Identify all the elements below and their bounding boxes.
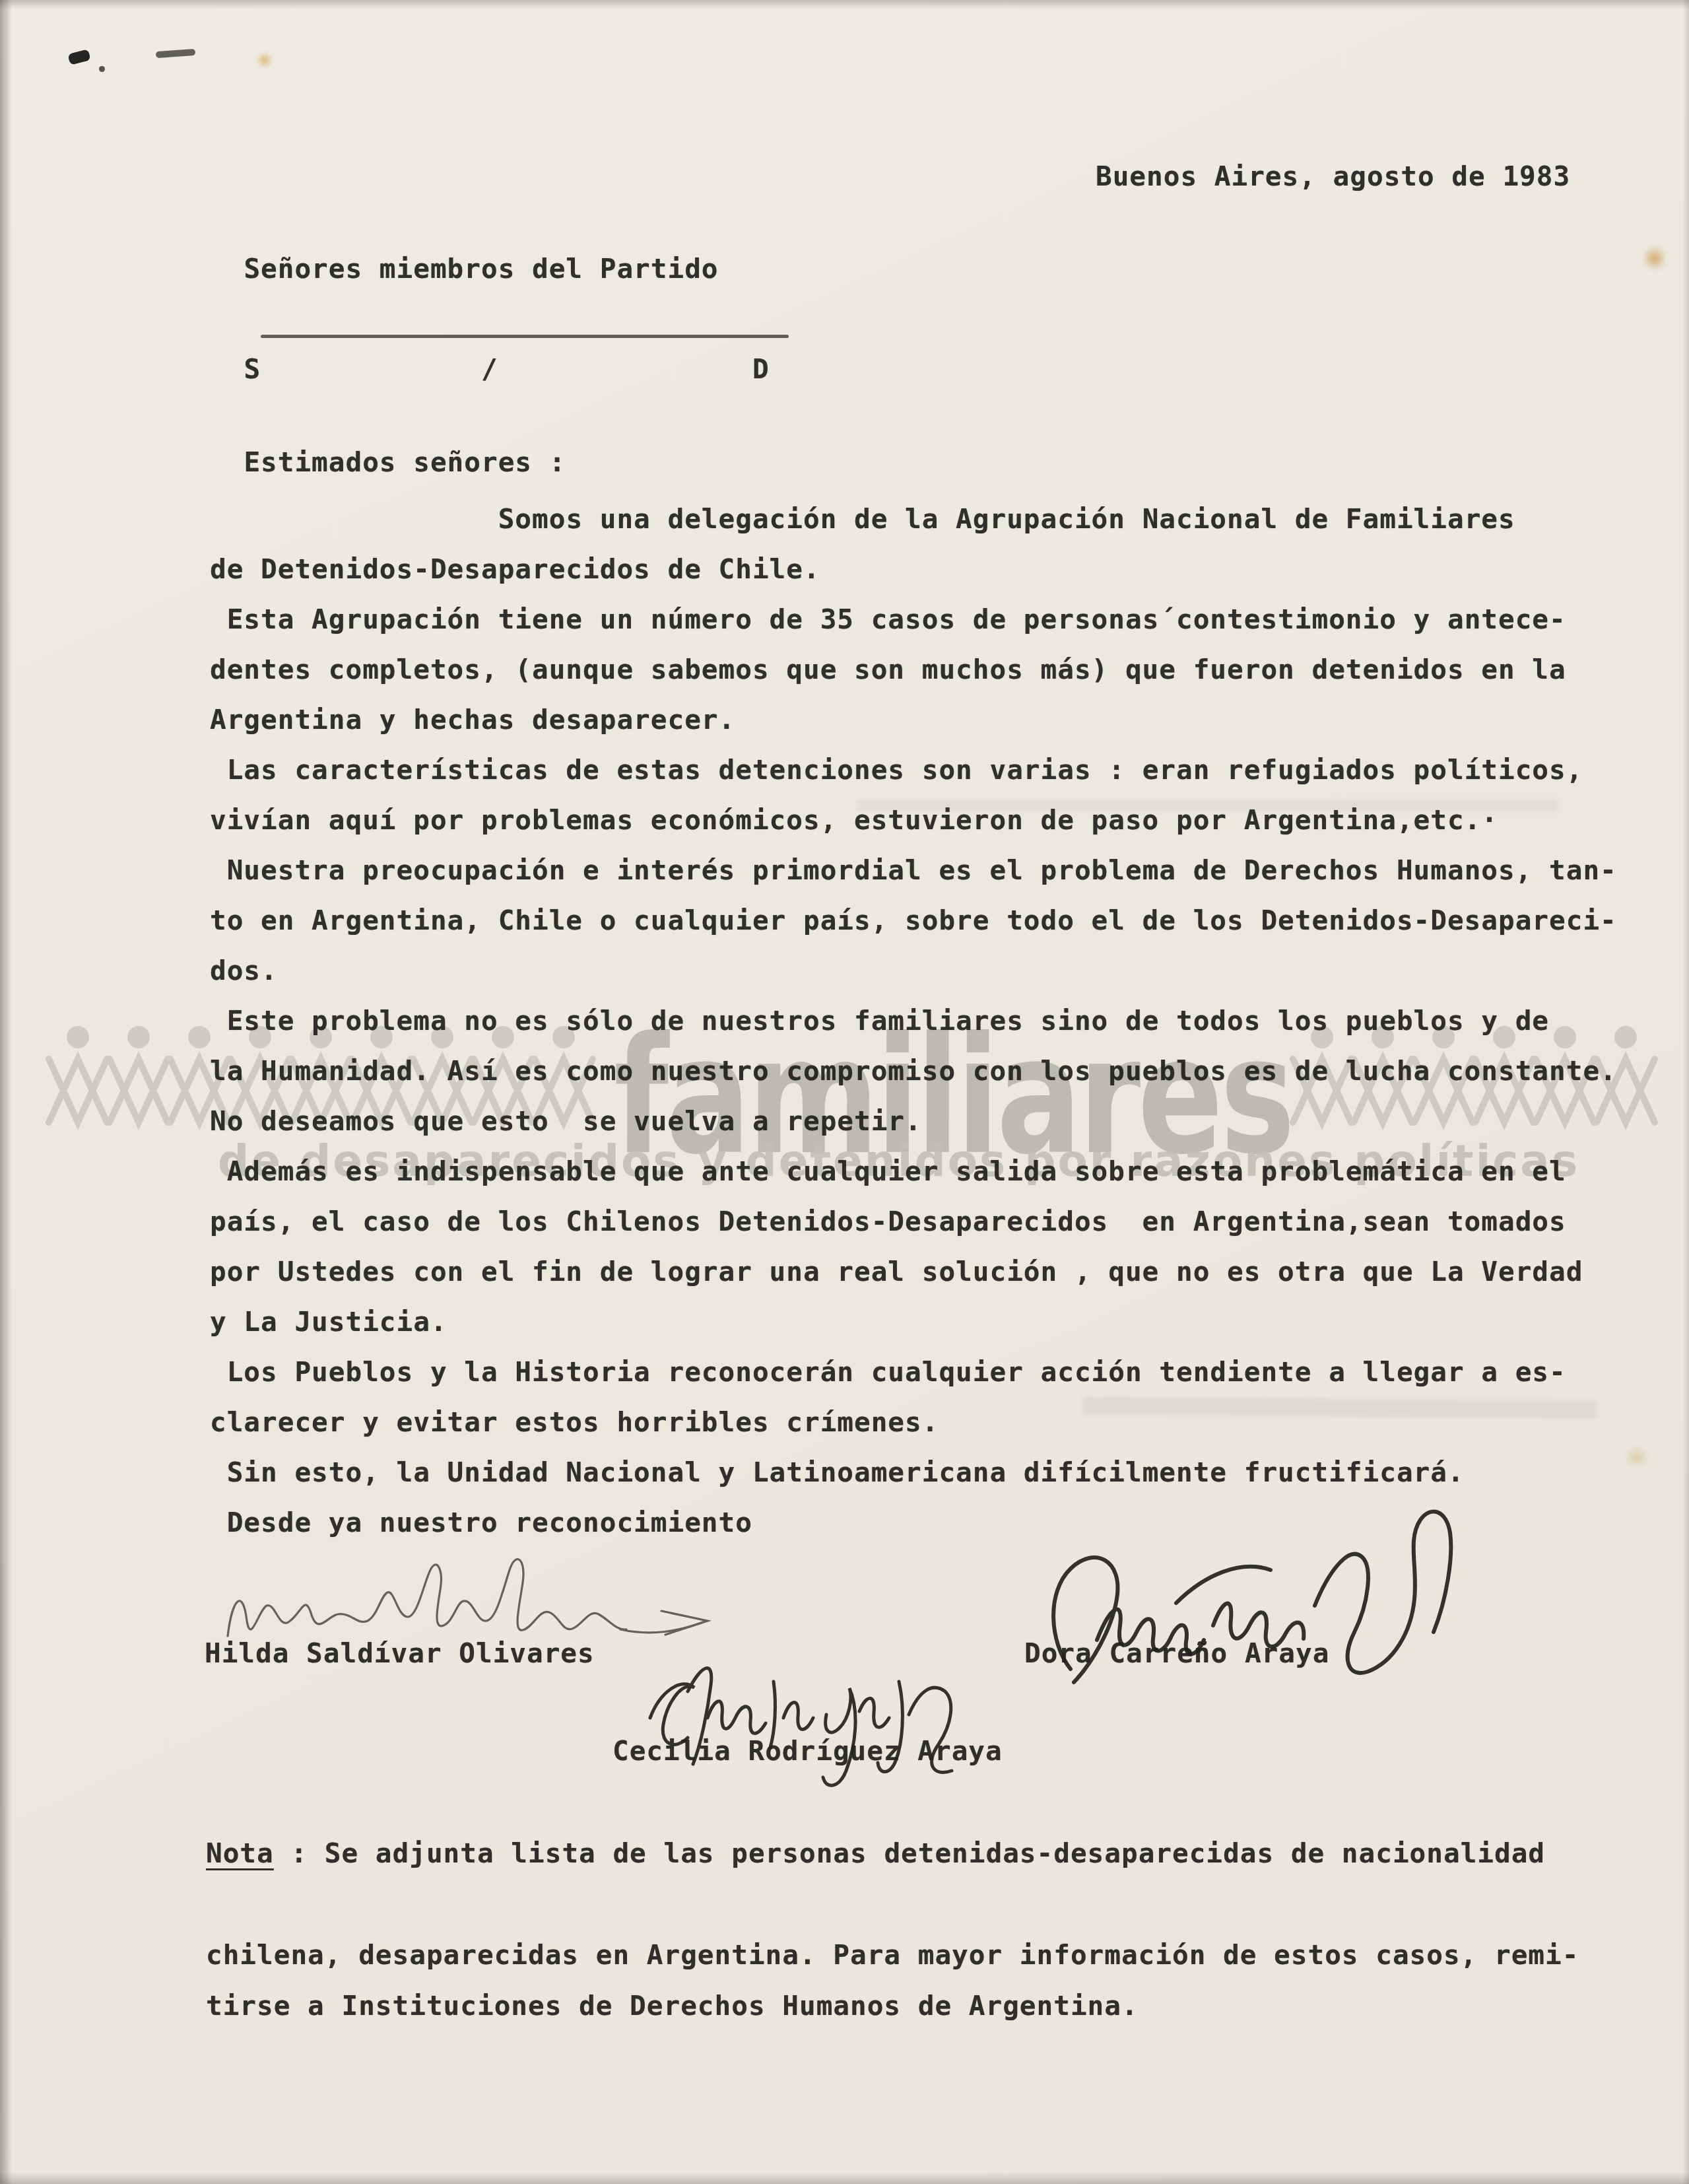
letter-body: Somos una delegación de la Agrupación Na…	[210, 494, 1617, 1548]
addressee-block: Señores miembros del Partido S / D	[210, 244, 770, 394]
signer-name-dora: Dora Carreño Araya	[1024, 1628, 1329, 1678]
addressee-s-d-line: S / D	[210, 353, 770, 385]
nota-label: Nota	[206, 1837, 274, 1869]
nota-first-line: : Se adjunta lista de las personas deten…	[274, 1837, 1545, 1869]
salutation: Estimados señores :	[210, 437, 566, 487]
scanned-letter-page: familiares de desaparecidos y detenidos …	[0, 0, 1689, 2184]
dateline: Buenos Aires, agosto de 1983	[1096, 151, 1570, 201]
addressee-line1: Señores miembros del Partido	[210, 253, 719, 285]
nota-rest: chilena, desaparecidas en Argentina. Par…	[206, 1939, 1579, 2022]
addressee-underline	[261, 335, 789, 338]
signer-name-hilda: Hilda Saldívar Olivares	[205, 1628, 595, 1678]
signer-name-cecilia: Cecilia Rodríguez Araya	[613, 1726, 1003, 1776]
letter-content: Buenos Aires, agosto de 1983 Señores mie…	[0, 0, 1689, 2184]
nota-block: Nota : Se adjunta lista de las personas …	[206, 1828, 1579, 2031]
